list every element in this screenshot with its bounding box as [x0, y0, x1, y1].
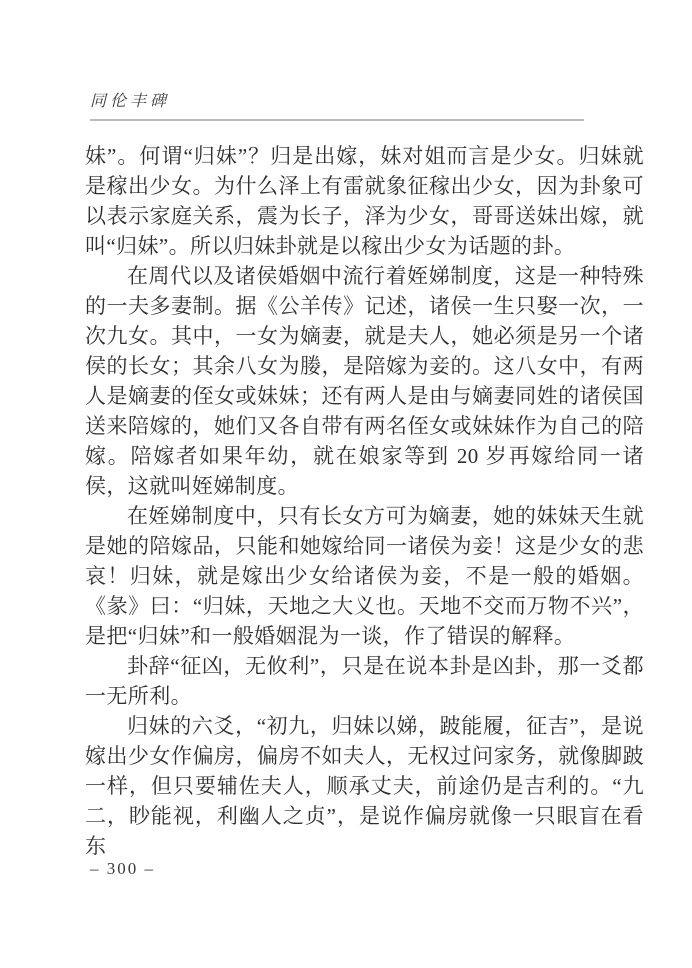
paragraph-2: 在周代以及诸侯婚姻中流行着姪娣制度，这是一种特殊的一夫多妻制。据《公羊传》记述，… — [85, 261, 644, 501]
running-header: 同伦丰碑 — [90, 91, 584, 121]
paragraph-4: 卦辞“征凶，无攸利”，只是在说本卦是凶卦，那一爻都一无所利。 — [85, 651, 644, 711]
paragraph-5: 归妹的六爻，“初九，归妹以娣，跛能履，征吉”，是说嫁出少女作偏房，偏房不如夫人，… — [85, 711, 644, 861]
paragraph-3: 在姪娣制度中，只有长女方可为嫡妻，她的妹妹天生就是她的陪嫁品，只能和她嫁给同一诸… — [85, 501, 644, 651]
paragraph-1: 妹”。何谓“归妹”？归是出嫁，妹对姐而言是少女。归妹就是稼出少女。为什么泽上有雷… — [85, 141, 644, 261]
page-number: – 300 – — [90, 859, 155, 879]
running-header-title: 同伦丰碑 — [90, 91, 584, 111]
book-page: 同伦丰碑 妹”。何谓“归妹”？归是出嫁，妹对姐而言是少女。归妹就是稼出少女。为什… — [0, 0, 692, 968]
body-text: 妹”。何谓“归妹”？归是出嫁，妹对姐而言是少女。归妹就是稼出少女。为什么泽上有雷… — [85, 141, 644, 861]
header-rule — [90, 119, 584, 121]
